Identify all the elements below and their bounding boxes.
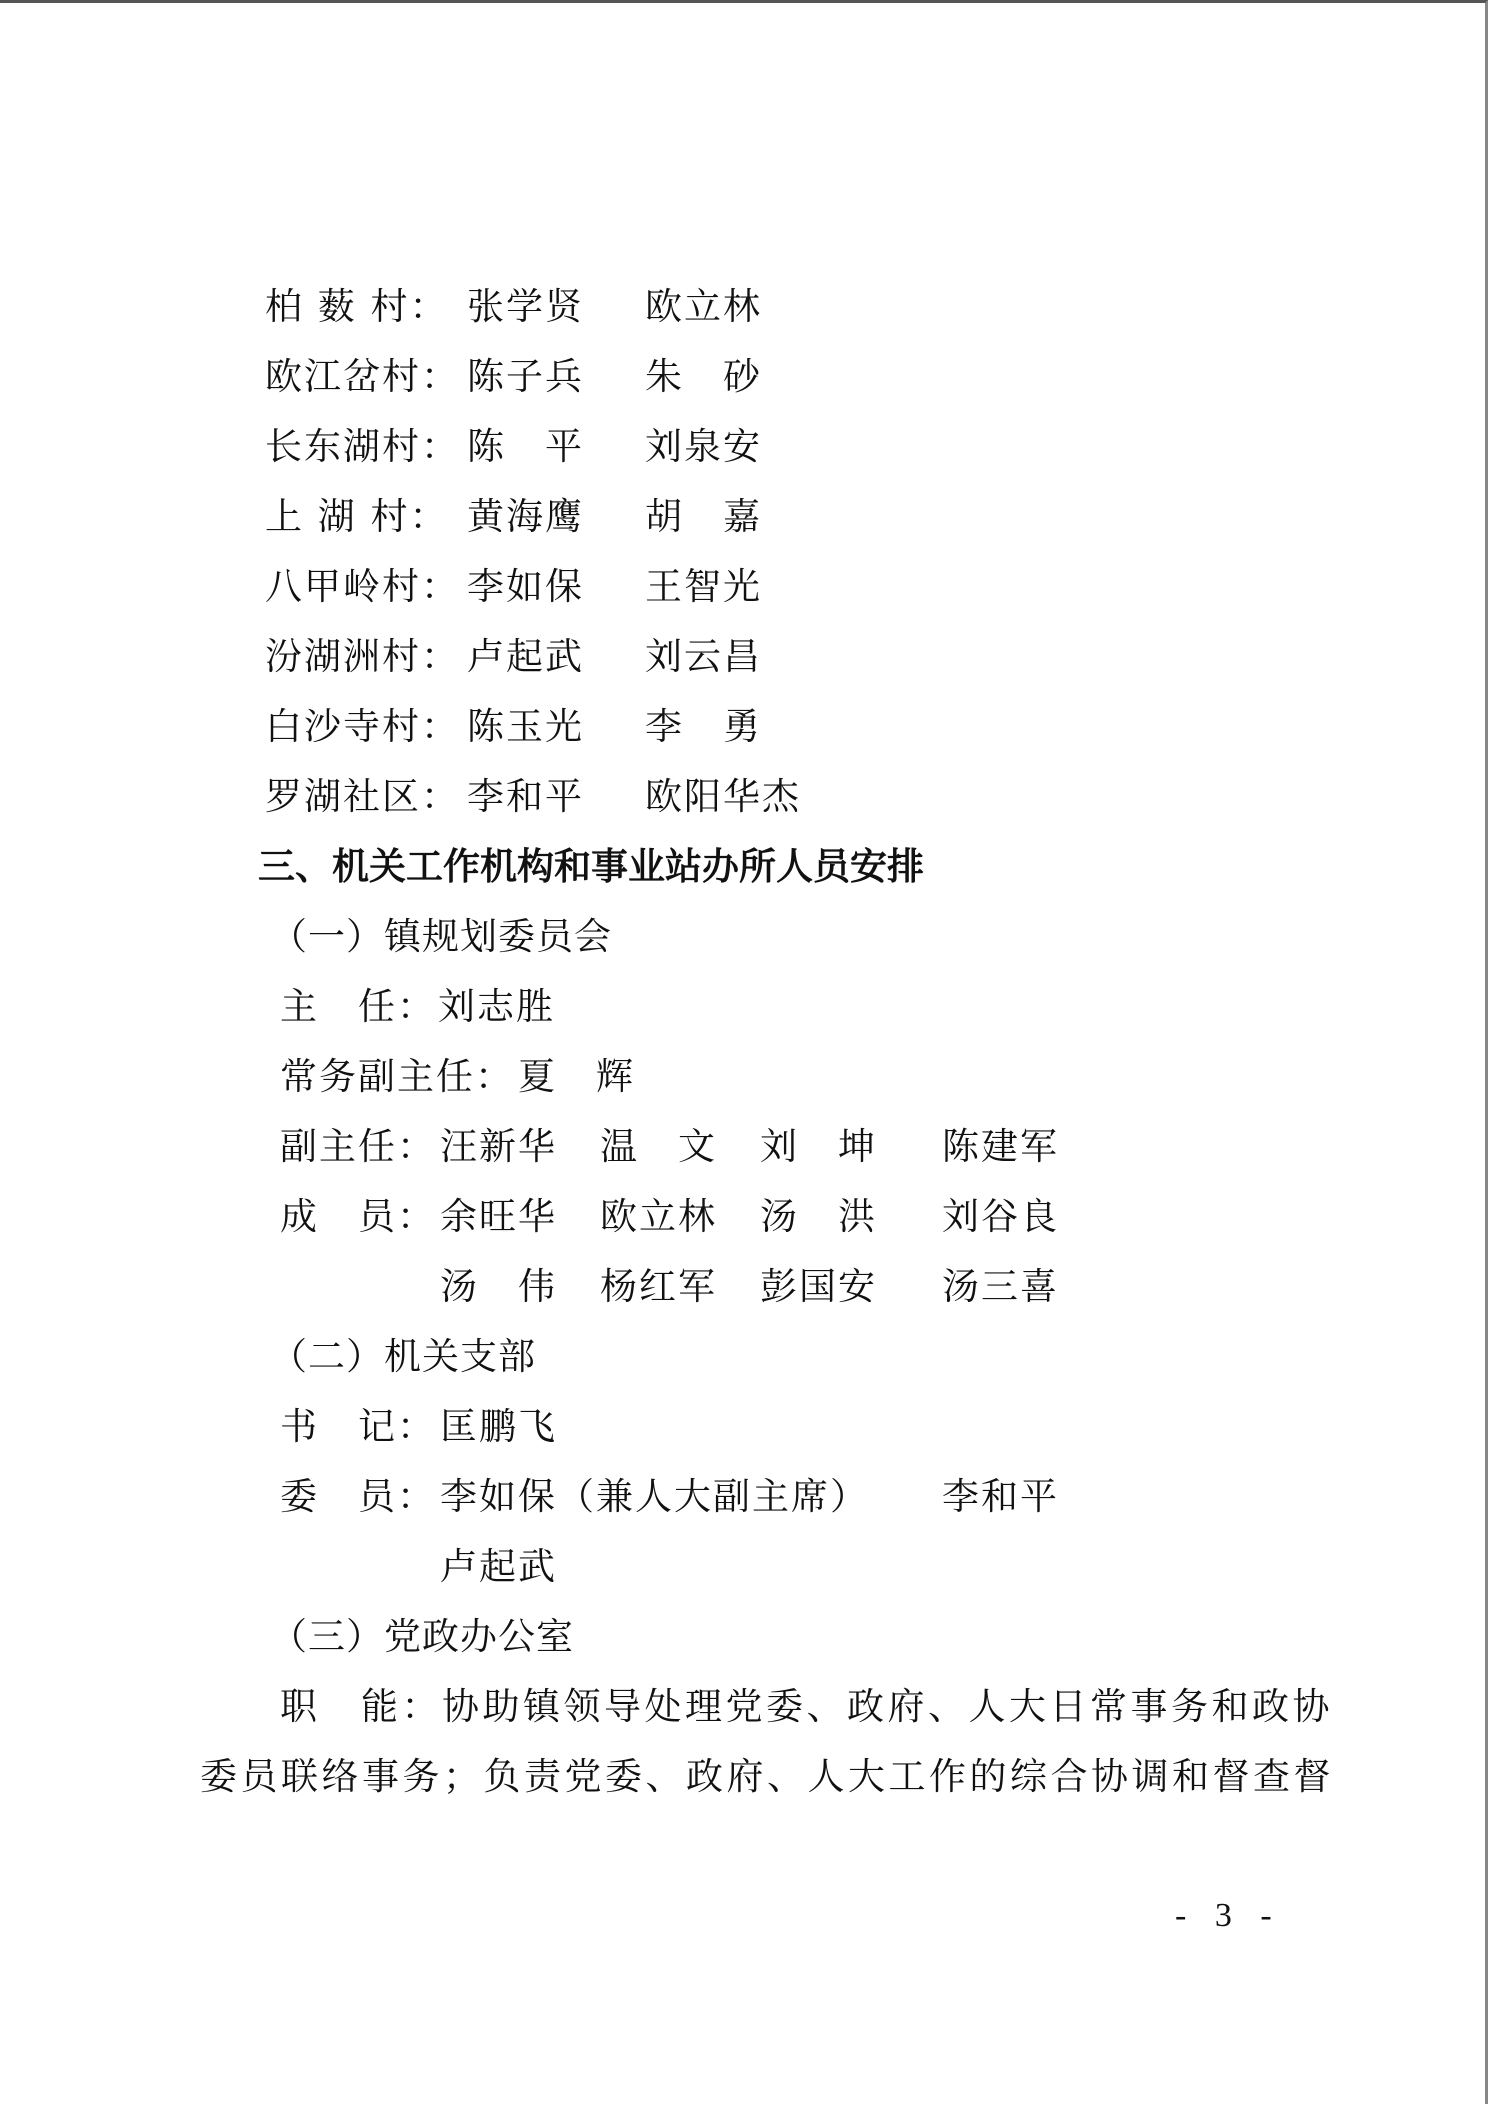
member-name: 汤 洪 (760, 1195, 877, 1239)
member-name: 杨红军 (600, 1265, 717, 1309)
committee-name: 李和平 (942, 1475, 1059, 1519)
duty-paragraph-line: 委员联络事务；负责党委、政府、人大工作的综合协调和督查督 (200, 1755, 1334, 1799)
village-name-2: 欧阳华杰 (645, 775, 801, 819)
village-label: 上 湖 村： (265, 495, 449, 539)
village-name-2: 欧立林 (645, 285, 762, 329)
village-name-2: 刘云昌 (645, 635, 762, 679)
village-name-2: 李 勇 (645, 705, 762, 749)
secretary-name: 匡鹏飞 (440, 1405, 557, 1449)
director-label: 主 任： (280, 985, 436, 1029)
subsection-title: （三）党政办公室 (270, 1615, 574, 1659)
member-name: 余旺华 (440, 1195, 557, 1239)
village-name-2: 刘泉安 (645, 425, 762, 469)
subsection-title: （一）镇规划委员会 (270, 915, 612, 959)
village-name-1: 陈玉光 (467, 705, 584, 749)
village-name-1: 陈子兵 (467, 355, 584, 399)
village-name-2: 胡 嘉 (645, 495, 762, 539)
deputy-name: 温 文 (600, 1125, 717, 1169)
document-page: 柏 薮 村： 张学贤 欧立林 欧江岔村： 陈子兵 朱 砂 长东湖村： 陈 平 刘… (0, 0, 1488, 2104)
exec-deputy-label: 常务副主任： (280, 1055, 514, 1099)
village-label: 欧江岔村： (265, 355, 460, 399)
village-label: 八甲岭村： (265, 565, 460, 609)
member-name: 欧立林 (600, 1195, 717, 1239)
page-number: - 3 - (1175, 1897, 1282, 1935)
duty-paragraph-line: 职 能：协助镇领导处理党委、政府、人大日常事务和政协 (280, 1685, 1333, 1729)
village-name-2: 朱 砂 (645, 355, 762, 399)
village-label: 罗湖社区： (265, 775, 460, 819)
village-name-1: 黄海鹰 (467, 495, 584, 539)
subsection-title: （二）机关支部 (270, 1335, 536, 1379)
member-name: 汤三喜 (942, 1265, 1059, 1309)
section-heading: 三、机关工作机构和事业站办所人员安排 (258, 845, 924, 889)
deputy-name: 汪新华 (440, 1125, 557, 1169)
village-name-1: 陈 平 (467, 425, 584, 469)
village-label: 汾湖洲村： (265, 635, 460, 679)
village-name-1: 张学贤 (467, 285, 584, 329)
committee-name: 卢起武 (440, 1545, 557, 1589)
members-label: 成 员： (280, 1195, 436, 1239)
secretary-label: 书 记： (280, 1405, 436, 1449)
exec-deputy-name: 夏 辉 (518, 1055, 635, 1099)
village-name-1: 李和平 (467, 775, 584, 819)
village-label: 长东湖村： (265, 425, 460, 469)
deputy-label: 副主任： (280, 1125, 436, 1169)
village-label: 柏 薮 村： (265, 285, 449, 329)
village-name-1: 李如保 (467, 565, 584, 609)
deputy-name: 刘 坤 (760, 1125, 877, 1169)
deputy-name: 陈建军 (942, 1125, 1059, 1169)
village-name-1: 卢起武 (467, 635, 584, 679)
village-label: 白沙寺村： (265, 705, 460, 749)
member-name: 刘谷良 (942, 1195, 1059, 1239)
committee-name: 李如保（兼人大副主席） (440, 1475, 869, 1519)
village-name-2: 王智光 (645, 565, 762, 609)
member-name: 汤 伟 (440, 1265, 557, 1309)
director-name: 刘志胜 (438, 985, 555, 1029)
member-name: 彭国安 (760, 1265, 877, 1309)
committee-label: 委 员： (280, 1475, 436, 1519)
